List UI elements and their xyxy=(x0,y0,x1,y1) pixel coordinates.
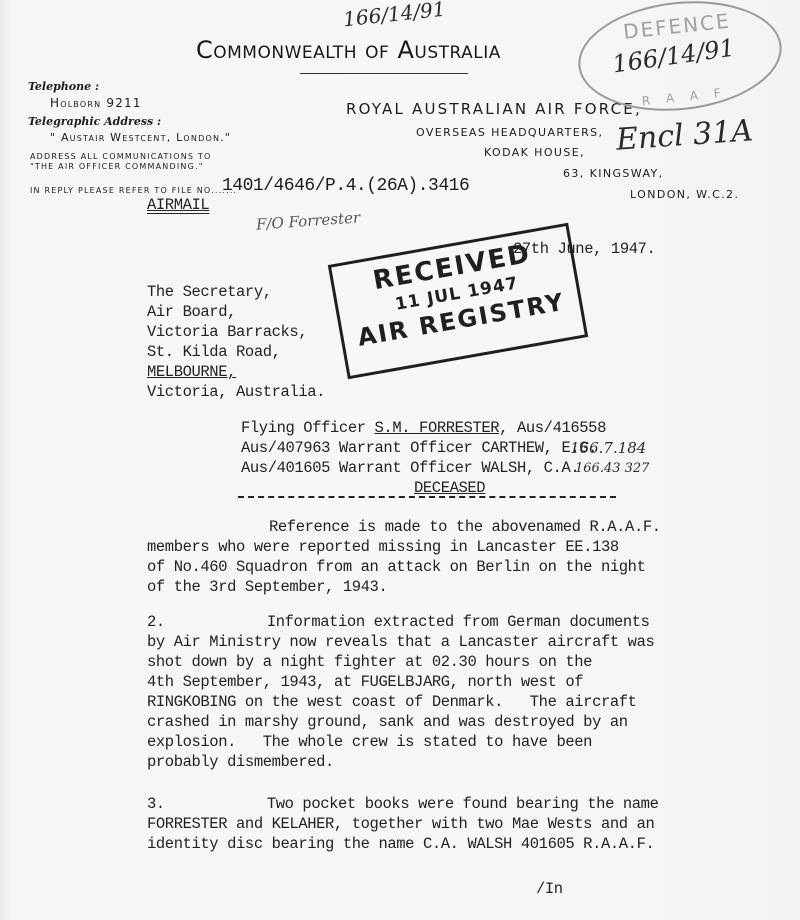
telephone-value: Holborn 9211 xyxy=(50,96,142,110)
telephone-label: Telephone : xyxy=(28,80,99,93)
address-line-street: 63, KINGSWAY, xyxy=(563,167,664,180)
title-divider xyxy=(300,73,468,74)
document-page: Commonwealth of Australia ROYAL AUSTRALI… xyxy=(0,0,800,920)
subject-line-forrester: Flying Officer S.M. FORRESTER, Aus/41655… xyxy=(241,419,606,437)
address-line-building: KODAK HOUSE, xyxy=(484,146,585,159)
paragraph-2-line: 2.Information extracted from German docu… xyxy=(147,613,650,631)
paragraph-3-line: identity disc bearing the name C.A. WALS… xyxy=(147,835,654,853)
subject-rank: Flying Officer xyxy=(241,419,375,437)
subject-status: DECEASED xyxy=(414,479,485,497)
defence-stamp-bottom: R A A F xyxy=(584,79,784,114)
subject-name: S.M. FORRESTER xyxy=(375,419,500,437)
paragraph-2-line: 4th September, 1943, at FUGELBJARG, nort… xyxy=(147,673,583,691)
paragraph-1-line: of the 3rd September, 1943. xyxy=(147,578,387,596)
handwritten-walsh-ref: 166.43 327 xyxy=(575,461,649,476)
paragraph-3-line: FORRESTER and KELAHER, together with two… xyxy=(147,815,654,833)
subject-divider xyxy=(238,496,616,498)
paragraph-1-line: Reference is made to the abovenamed R.A.… xyxy=(269,518,661,536)
subject-line-carthew: Aus/407963 Warrant Officer CARTHEW, E.G. xyxy=(241,439,597,457)
paragraph-2-line: crashed in marshy ground, sank and was d… xyxy=(147,713,628,731)
paragraph-text: Information extracted from German docume… xyxy=(267,613,650,631)
address-line-hq: OVERSEAS HEADQUARTERS, xyxy=(416,126,603,139)
paragraph-1-line: members who were reported missing in Lan… xyxy=(147,538,619,556)
subject-line-walsh: Aus/401605 Warrant Officer WALSH, C.A. xyxy=(241,459,579,477)
paragraph-text: Two pocket books were found bearing the … xyxy=(267,795,659,813)
paragraph-number: 3. xyxy=(147,795,165,813)
file-number: 1401/4646/P.4.(26A).3416 xyxy=(222,176,469,196)
recipient-line: Victoria Barracks, xyxy=(147,323,307,341)
address-line-city: LONDON, W.C.2. xyxy=(630,188,739,201)
paragraph-2-line: RINGKOBING on the west coast of Denmark.… xyxy=(147,693,637,711)
handwritten-name-note: F/O Forrester xyxy=(255,208,360,233)
recipient-line: Victoria, Australia. xyxy=(147,383,325,401)
letterhead-title: Commonwealth of Australia xyxy=(196,36,501,64)
telegraphic-value: " Austair Westcent, London." xyxy=(50,131,231,144)
paragraph-2-line: explosion. The whole crew is stated to h… xyxy=(147,733,592,751)
recipient-line: MELBOURNE, xyxy=(147,363,236,381)
paragraph-2-line: by Air Ministry now reveals that a Lanca… xyxy=(147,633,654,651)
recipient-line: The Secretary, xyxy=(147,283,272,301)
handwritten-file-ref: 166/14/91 xyxy=(342,0,447,31)
subject-service-number: , Aus/416558 xyxy=(499,419,606,437)
recipient-line: St. Kilda Road, xyxy=(147,343,281,361)
telegraphic-label: Telegraphic Address : xyxy=(28,115,161,128)
paragraph-number: 2. xyxy=(147,613,165,631)
continuation-marker: /In xyxy=(536,880,563,898)
letter-date: 27th June, 1947. xyxy=(513,240,655,258)
reply-reference-label: IN REPLY PLEASE REFER TO FILE NO....... xyxy=(30,186,237,195)
airmail-label: AIRMAIL xyxy=(147,196,209,214)
address-instruction: ADDRESS ALL COMMUNICATIONS TO xyxy=(30,152,212,161)
address-instruction-recipient: "THE AIR OFFICER COMMANDING." xyxy=(30,162,204,171)
handwritten-enclosure: Encl 31A xyxy=(615,113,754,157)
paragraph-2-line: probably dismembered. xyxy=(147,753,334,771)
paragraph-3-line: 3.Two pocket books were found bearing th… xyxy=(147,795,658,813)
paragraph-1-line: of No.460 Squadron from an attack on Ber… xyxy=(147,558,646,576)
recipient-line: Air Board, xyxy=(147,303,236,321)
paragraph-2-line: shot down by a night fighter at 02.30 ho… xyxy=(147,653,592,671)
